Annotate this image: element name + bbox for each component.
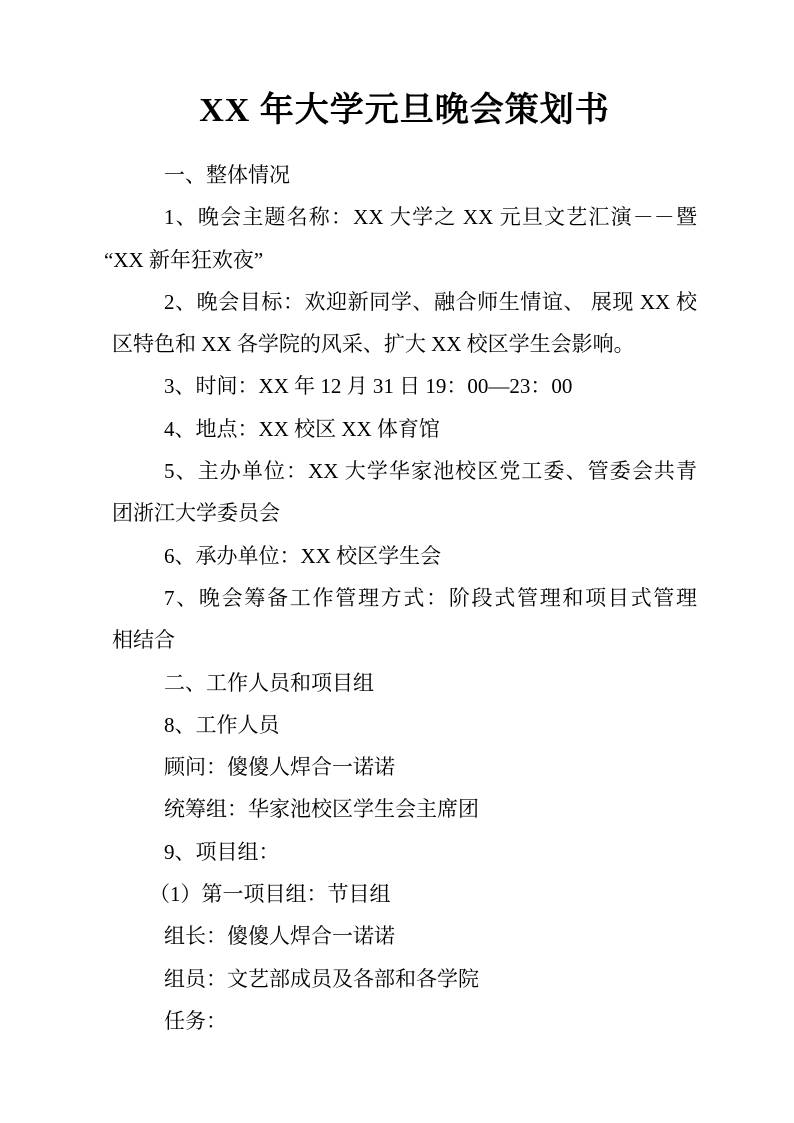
document-title: XX 年大学元旦晚会策划书 [112, 84, 697, 138]
doc-line: 1、晚会主题名称：XX 大学之 XX 元旦文艺汇演－－暨 [112, 196, 697, 238]
doc-line: 组长：傻傻人焊合一诺诺 [112, 915, 697, 957]
doc-line: 8、工作人员 [112, 704, 697, 746]
doc-line: 一、整体情况 [112, 154, 697, 196]
doc-line: 4、地点：XX 校区 XX 体育馆 [112, 408, 697, 450]
doc-line: 二、工作人员和项目组 [112, 662, 697, 704]
doc-line: 任务： [112, 1000, 697, 1042]
document-page: XX 年大学元旦晚会策划书 一、整体情况1、晚会主题名称：XX 大学之 XX 元… [0, 0, 794, 1123]
doc-line: 相结合 [112, 619, 697, 661]
document-content: XX 年大学元旦晚会策划书 一、整体情况1、晚会主题名称：XX 大学之 XX 元… [0, 0, 794, 1042]
doc-line: 顾问：傻傻人焊合一诺诺 [112, 746, 697, 788]
doc-line: “XX 新年狂欢夜” [112, 239, 697, 281]
doc-line: 6、承办单位：XX 校区学生会 [112, 535, 697, 577]
doc-line: 3、时间：XX 年 12 月 31 日 19：00—23：00 [112, 365, 697, 407]
document-body: 一、整体情况1、晚会主题名称：XX 大学之 XX 元旦文艺汇演－－暨“XX 新年… [112, 154, 697, 1042]
doc-line: （1）第一项目组：节目组 [112, 873, 697, 915]
doc-line: 组员：文艺部成员及各部和各学院 [112, 958, 697, 1000]
doc-line: 5、主办单位：XX 大学华家池校区党工委、管委会共青 [112, 450, 697, 492]
doc-line: 区特色和 XX 各学院的风采、扩大 XX 校区学生会影响。 [112, 323, 697, 365]
doc-line: 统筹组：华家池校区学生会主席团 [112, 788, 697, 830]
doc-line: 9、项目组： [112, 831, 697, 873]
doc-line: 2、晚会目标：欢迎新同学、融合师生情谊、 展现 XX 校 [112, 281, 697, 323]
doc-line: 7、晚会筹备工作管理方式：阶段式管理和项目式管理 [112, 577, 697, 619]
doc-line: 团浙江大学委员会 [112, 492, 697, 534]
